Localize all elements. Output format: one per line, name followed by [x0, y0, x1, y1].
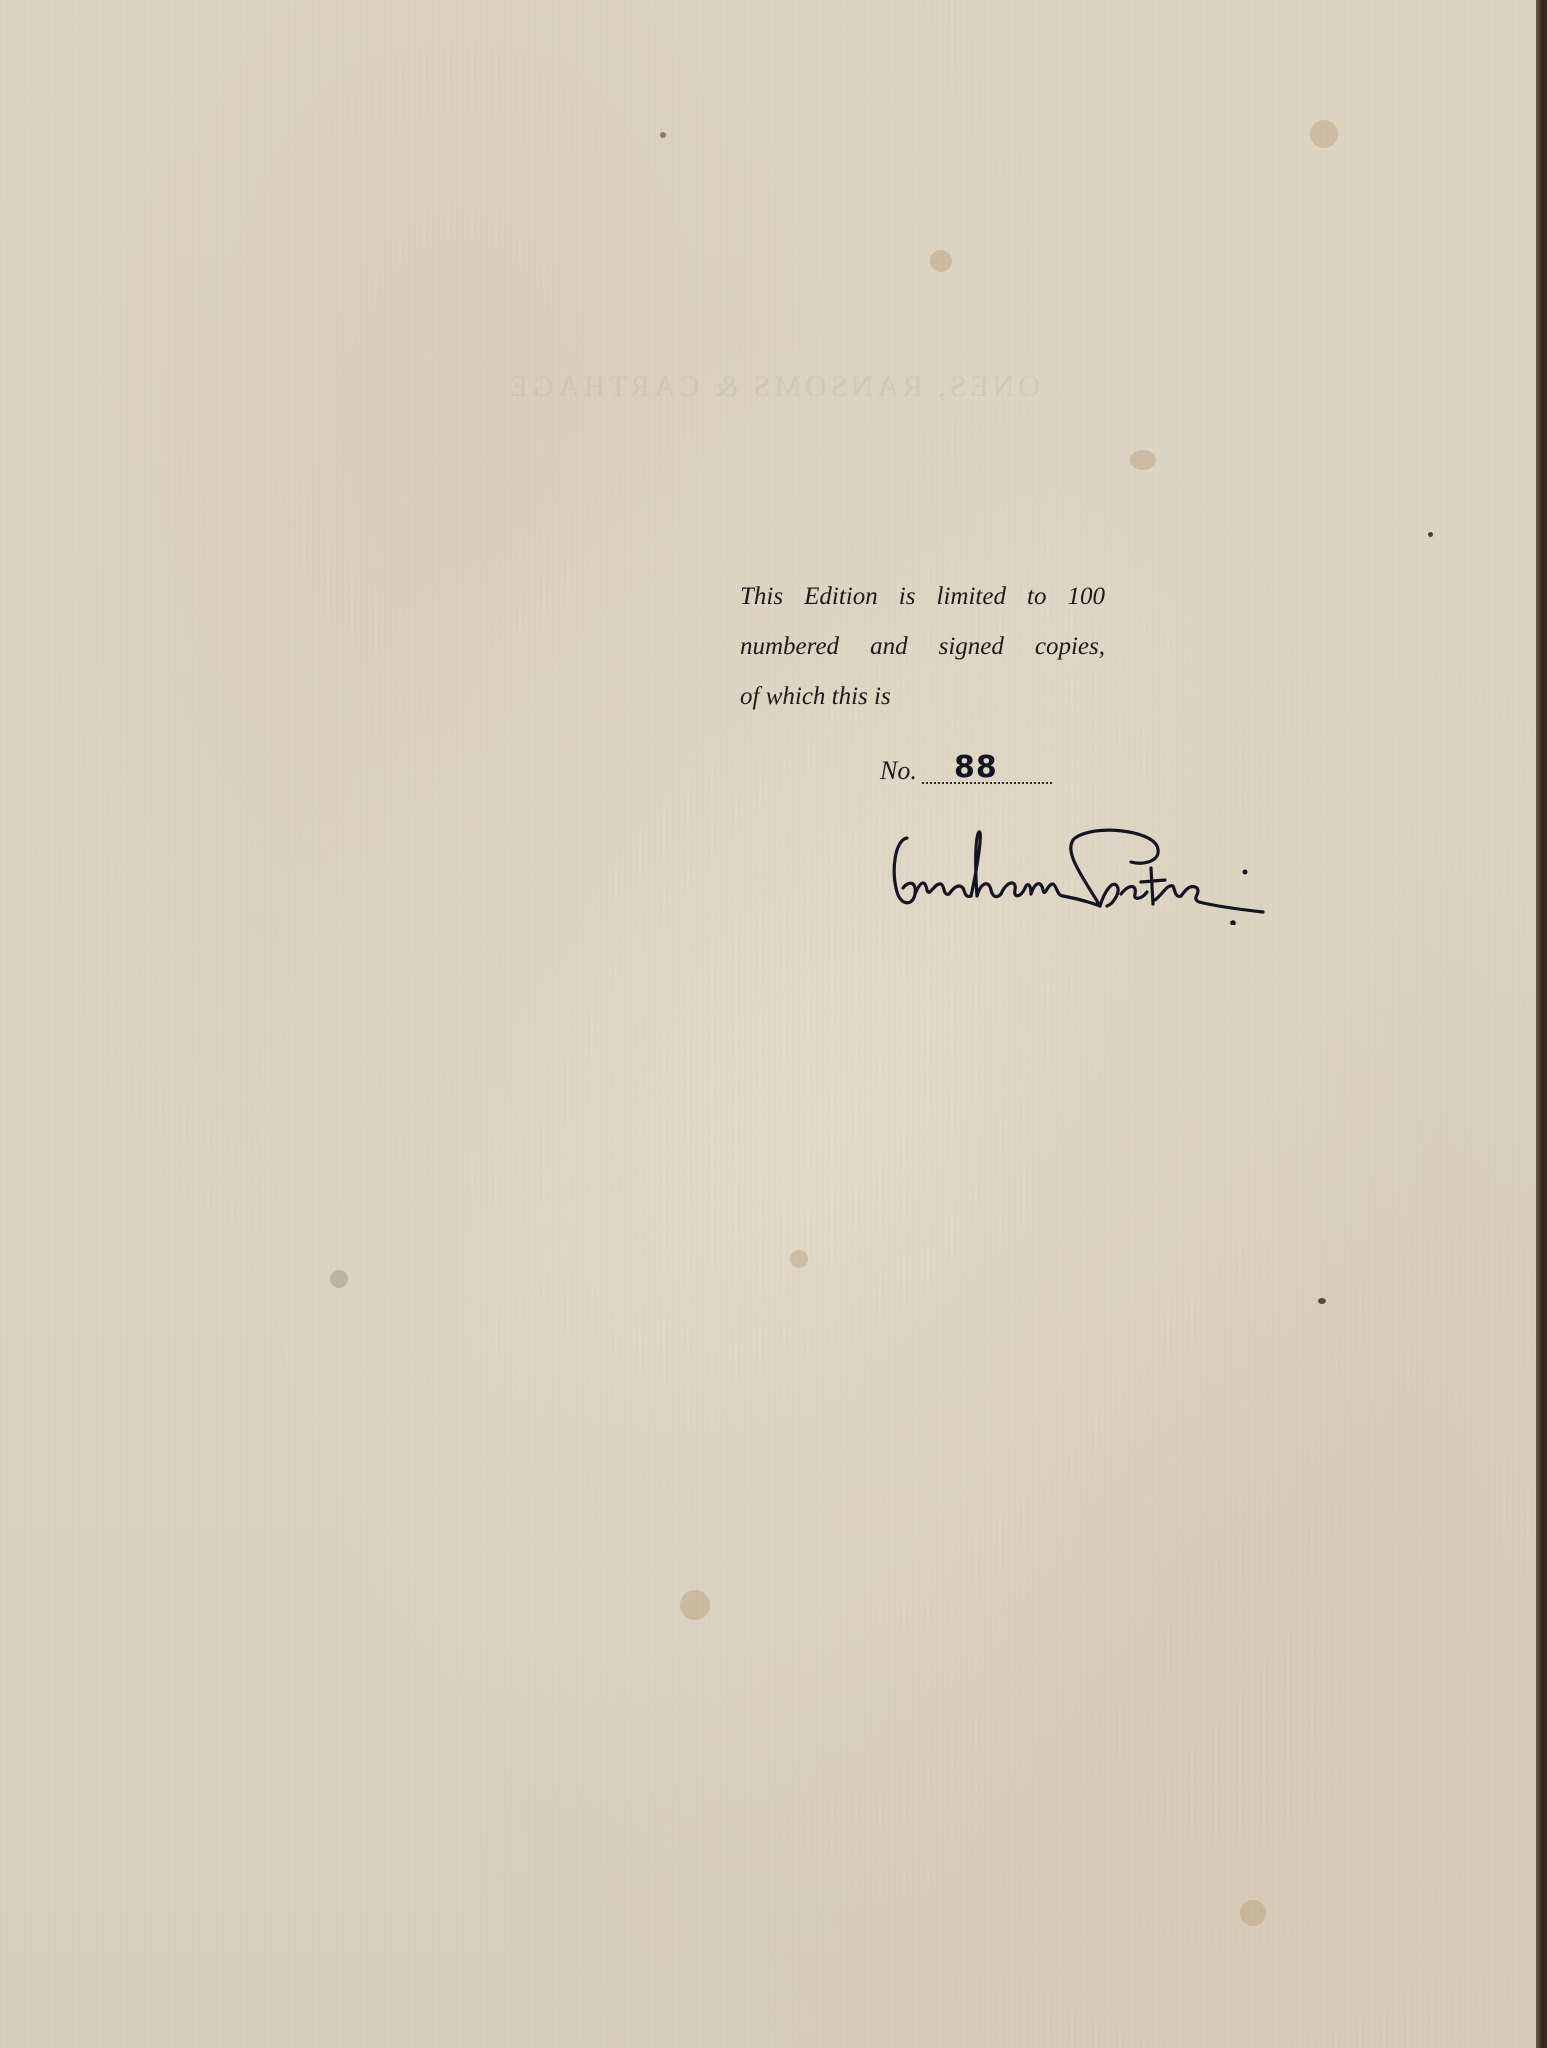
foxing-spot: [790, 1250, 808, 1268]
foxing-spot: [1240, 1900, 1266, 1926]
ink-speck: [1318, 1298, 1326, 1304]
copy-number: 88: [954, 750, 998, 785]
foxing-spot: [1130, 450, 1156, 470]
ink-speck: [660, 132, 666, 138]
edition-line-3: of which this is: [740, 672, 1140, 722]
foxing-spot: [680, 1590, 710, 1620]
ink-speck: [1428, 532, 1433, 537]
author-signature: Graham Petrie: [885, 810, 1275, 925]
copy-number-row: No. 88: [880, 752, 1080, 792]
signature-icon: [885, 810, 1275, 925]
foxing-spot: [1310, 120, 1338, 148]
number-label: No.: [880, 756, 917, 786]
edition-line-1: This Edition is limited to 100: [740, 572, 1105, 622]
bleed-through-title: ONES, RANSOMS & CARTHAGE: [580, 370, 1040, 404]
foxing-spot: [930, 250, 952, 272]
foxing-spot: [330, 1270, 348, 1288]
edition-statement: This Edition is limited to 100 numbered …: [740, 572, 1140, 722]
book-page: ONES, RANSOMS & CARTHAGE This Edition is…: [0, 0, 1536, 2048]
book-spine-edge: [1536, 0, 1547, 2048]
edition-line-2: numbered and signed copies,: [740, 622, 1105, 672]
